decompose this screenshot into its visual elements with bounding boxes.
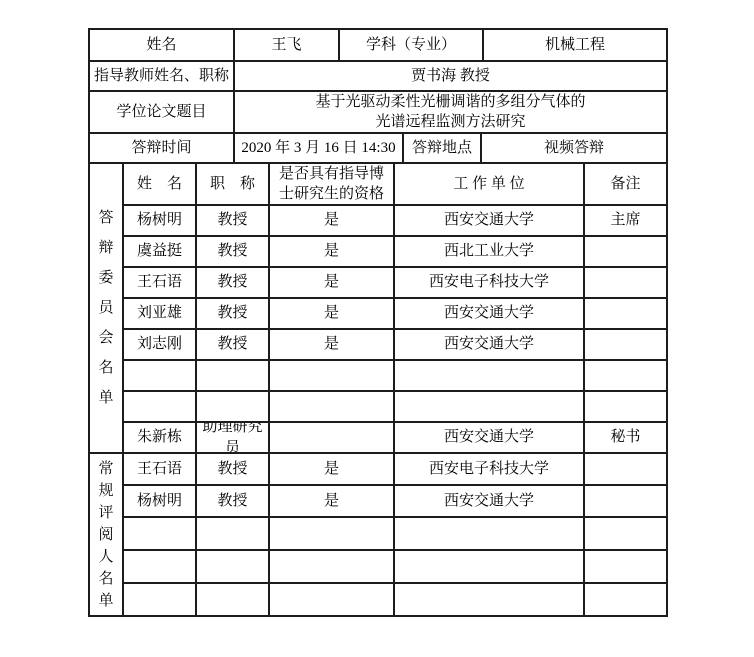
member-name: 杨树明	[124, 206, 197, 237]
header-unit: 工 作 单 位	[395, 164, 585, 206]
member-unit	[395, 361, 585, 392]
reviewer-unit	[395, 518, 585, 551]
info-row-advisor: 指导教师姓名、职称 贾书海 教授	[90, 62, 668, 92]
member-name: 刘志刚	[124, 330, 197, 361]
reviewer-row-empty	[124, 518, 668, 551]
thesis-title: 基于光驱动柔性光栅调谐的多组分气体的 光谱远程监测方法研究	[235, 92, 668, 134]
thesis-label: 学位论文题目	[90, 92, 235, 134]
reviewer-qualified: 是	[270, 486, 395, 518]
major-value: 机械工程	[484, 30, 668, 62]
committee-row: 王石语 教授 是 西安电子科技大学	[124, 268, 668, 299]
reviewer-unit: 西安电子科技大学	[395, 454, 585, 486]
member-qualified	[270, 423, 395, 454]
reviewer-row-empty	[124, 551, 668, 584]
reviewer-qualified	[270, 518, 395, 551]
defense-place-label: 答辩地点	[404, 134, 482, 164]
reviewer-title: 教授	[197, 486, 270, 518]
member-note	[585, 237, 668, 268]
member-qualified	[270, 392, 395, 423]
committee-row: 刘志刚 教授 是 西安交通大学	[124, 330, 668, 361]
member-name	[124, 361, 197, 392]
reviewer-unit	[395, 551, 585, 584]
member-note	[585, 268, 668, 299]
member-qualified	[270, 361, 395, 392]
reviewer-title	[197, 518, 270, 551]
header-name: 姓 名	[124, 164, 197, 206]
member-name: 虞益挺	[124, 237, 197, 268]
info-row-defense: 答辩时间 2020 年 3 月 16 日 14:30 答辩地点 视频答辩	[90, 134, 668, 164]
member-title: 助理研究员	[197, 423, 270, 454]
member-qualified: 是	[270, 206, 395, 237]
major-label: 学科（专业）	[340, 30, 484, 62]
committee-section-label: 答 辩 委 员 会 名 单	[90, 164, 124, 454]
member-qualified: 是	[270, 299, 395, 330]
reviewer-note	[585, 551, 668, 584]
header-note: 备注	[585, 164, 668, 206]
member-title: 教授	[197, 206, 270, 237]
reviewer-title: 教授	[197, 454, 270, 486]
reviewer-name	[124, 551, 197, 584]
member-note	[585, 361, 668, 392]
reviewer-row: 杨树明 教授 是 西安交通大学	[124, 486, 668, 518]
reviewer-note	[585, 486, 668, 518]
advisor-label: 指导教师姓名、职称	[90, 62, 235, 92]
defense-time-value: 2020 年 3 月 16 日 14:30	[235, 134, 404, 164]
member-unit	[395, 392, 585, 423]
member-title: 教授	[197, 299, 270, 330]
member-title	[197, 392, 270, 423]
member-unit: 西安交通大学	[395, 299, 585, 330]
reviewer-row: 王石语 教授 是 西安电子科技大学	[124, 454, 668, 486]
member-note	[585, 330, 668, 361]
defense-time-label: 答辩时间	[90, 134, 235, 164]
member-unit: 西安交通大学	[395, 330, 585, 361]
reviewer-title	[197, 584, 270, 617]
reviewer-name	[124, 518, 197, 551]
member-qualified: 是	[270, 237, 395, 268]
member-name	[124, 392, 197, 423]
reviewers-section: 常 规 评 阅 人 名 单 王石语 教授 是 西安电子科技大学 杨树明 教授 是…	[90, 454, 668, 617]
member-qualified: 是	[270, 268, 395, 299]
reviewers-section-label: 常 规 评 阅 人 名 单	[90, 454, 124, 617]
committee-section: 答 辩 委 员 会 名 单 姓 名 职 称 是否具有指导博 士研究生的资格 工 …	[90, 164, 668, 454]
committee-header-row: 姓 名 职 称 是否具有指导博 士研究生的资格 工 作 单 位 备注	[124, 164, 668, 206]
reviewer-qualified	[270, 551, 395, 584]
member-unit: 西安交通大学	[395, 206, 585, 237]
reviewer-note	[585, 454, 668, 486]
member-unit: 西安电子科技大学	[395, 268, 585, 299]
member-note	[585, 299, 668, 330]
member-title: 教授	[197, 268, 270, 299]
committee-row-empty	[124, 361, 668, 392]
member-name: 刘亚雄	[124, 299, 197, 330]
reviewer-row-empty	[124, 584, 668, 617]
info-row-name: 姓名 王飞 学科（专业） 机械工程	[90, 30, 668, 62]
member-qualified: 是	[270, 330, 395, 361]
reviewer-name: 王石语	[124, 454, 197, 486]
reviewer-unit	[395, 584, 585, 617]
member-title: 教授	[197, 330, 270, 361]
committee-row: 刘亚雄 教授 是 西安交通大学	[124, 299, 668, 330]
member-name: 朱新栋	[124, 423, 197, 454]
committee-row: 虞益挺 教授 是 西北工业大学	[124, 237, 668, 268]
reviewer-qualified	[270, 584, 395, 617]
name-value: 王飞	[235, 30, 340, 62]
reviewer-note	[585, 518, 668, 551]
member-note	[585, 392, 668, 423]
reviewer-title	[197, 551, 270, 584]
name-label: 姓名	[90, 30, 235, 62]
member-title	[197, 361, 270, 392]
header-qualified: 是否具有指导博 士研究生的资格	[270, 164, 395, 206]
reviewer-note	[585, 584, 668, 617]
info-row-thesis: 学位论文题目 基于光驱动柔性光栅调谐的多组分气体的 光谱远程监测方法研究	[90, 92, 668, 134]
reviewer-unit: 西安交通大学	[395, 486, 585, 518]
advisor-value: 贾书海 教授	[235, 62, 668, 92]
reviewer-name	[124, 584, 197, 617]
member-note: 主席	[585, 206, 668, 237]
committee-row-empty	[124, 392, 668, 423]
defense-approval-form: 姓名 王飞 学科（专业） 机械工程 指导教师姓名、职称 贾书海 教授 学位论文题…	[88, 28, 668, 617]
header-title: 职 称	[197, 164, 270, 206]
member-name: 王石语	[124, 268, 197, 299]
member-unit: 西北工业大学	[395, 237, 585, 268]
committee-row: 杨树明 教授 是 西安交通大学 主席	[124, 206, 668, 237]
member-note: 秘书	[585, 423, 668, 454]
member-unit: 西安交通大学	[395, 423, 585, 454]
reviewer-name: 杨树明	[124, 486, 197, 518]
reviewer-qualified: 是	[270, 454, 395, 486]
defense-place-value: 视频答辩	[482, 134, 668, 164]
committee-row-secretary: 朱新栋 助理研究员 西安交通大学 秘书	[124, 423, 668, 454]
member-title: 教授	[197, 237, 270, 268]
